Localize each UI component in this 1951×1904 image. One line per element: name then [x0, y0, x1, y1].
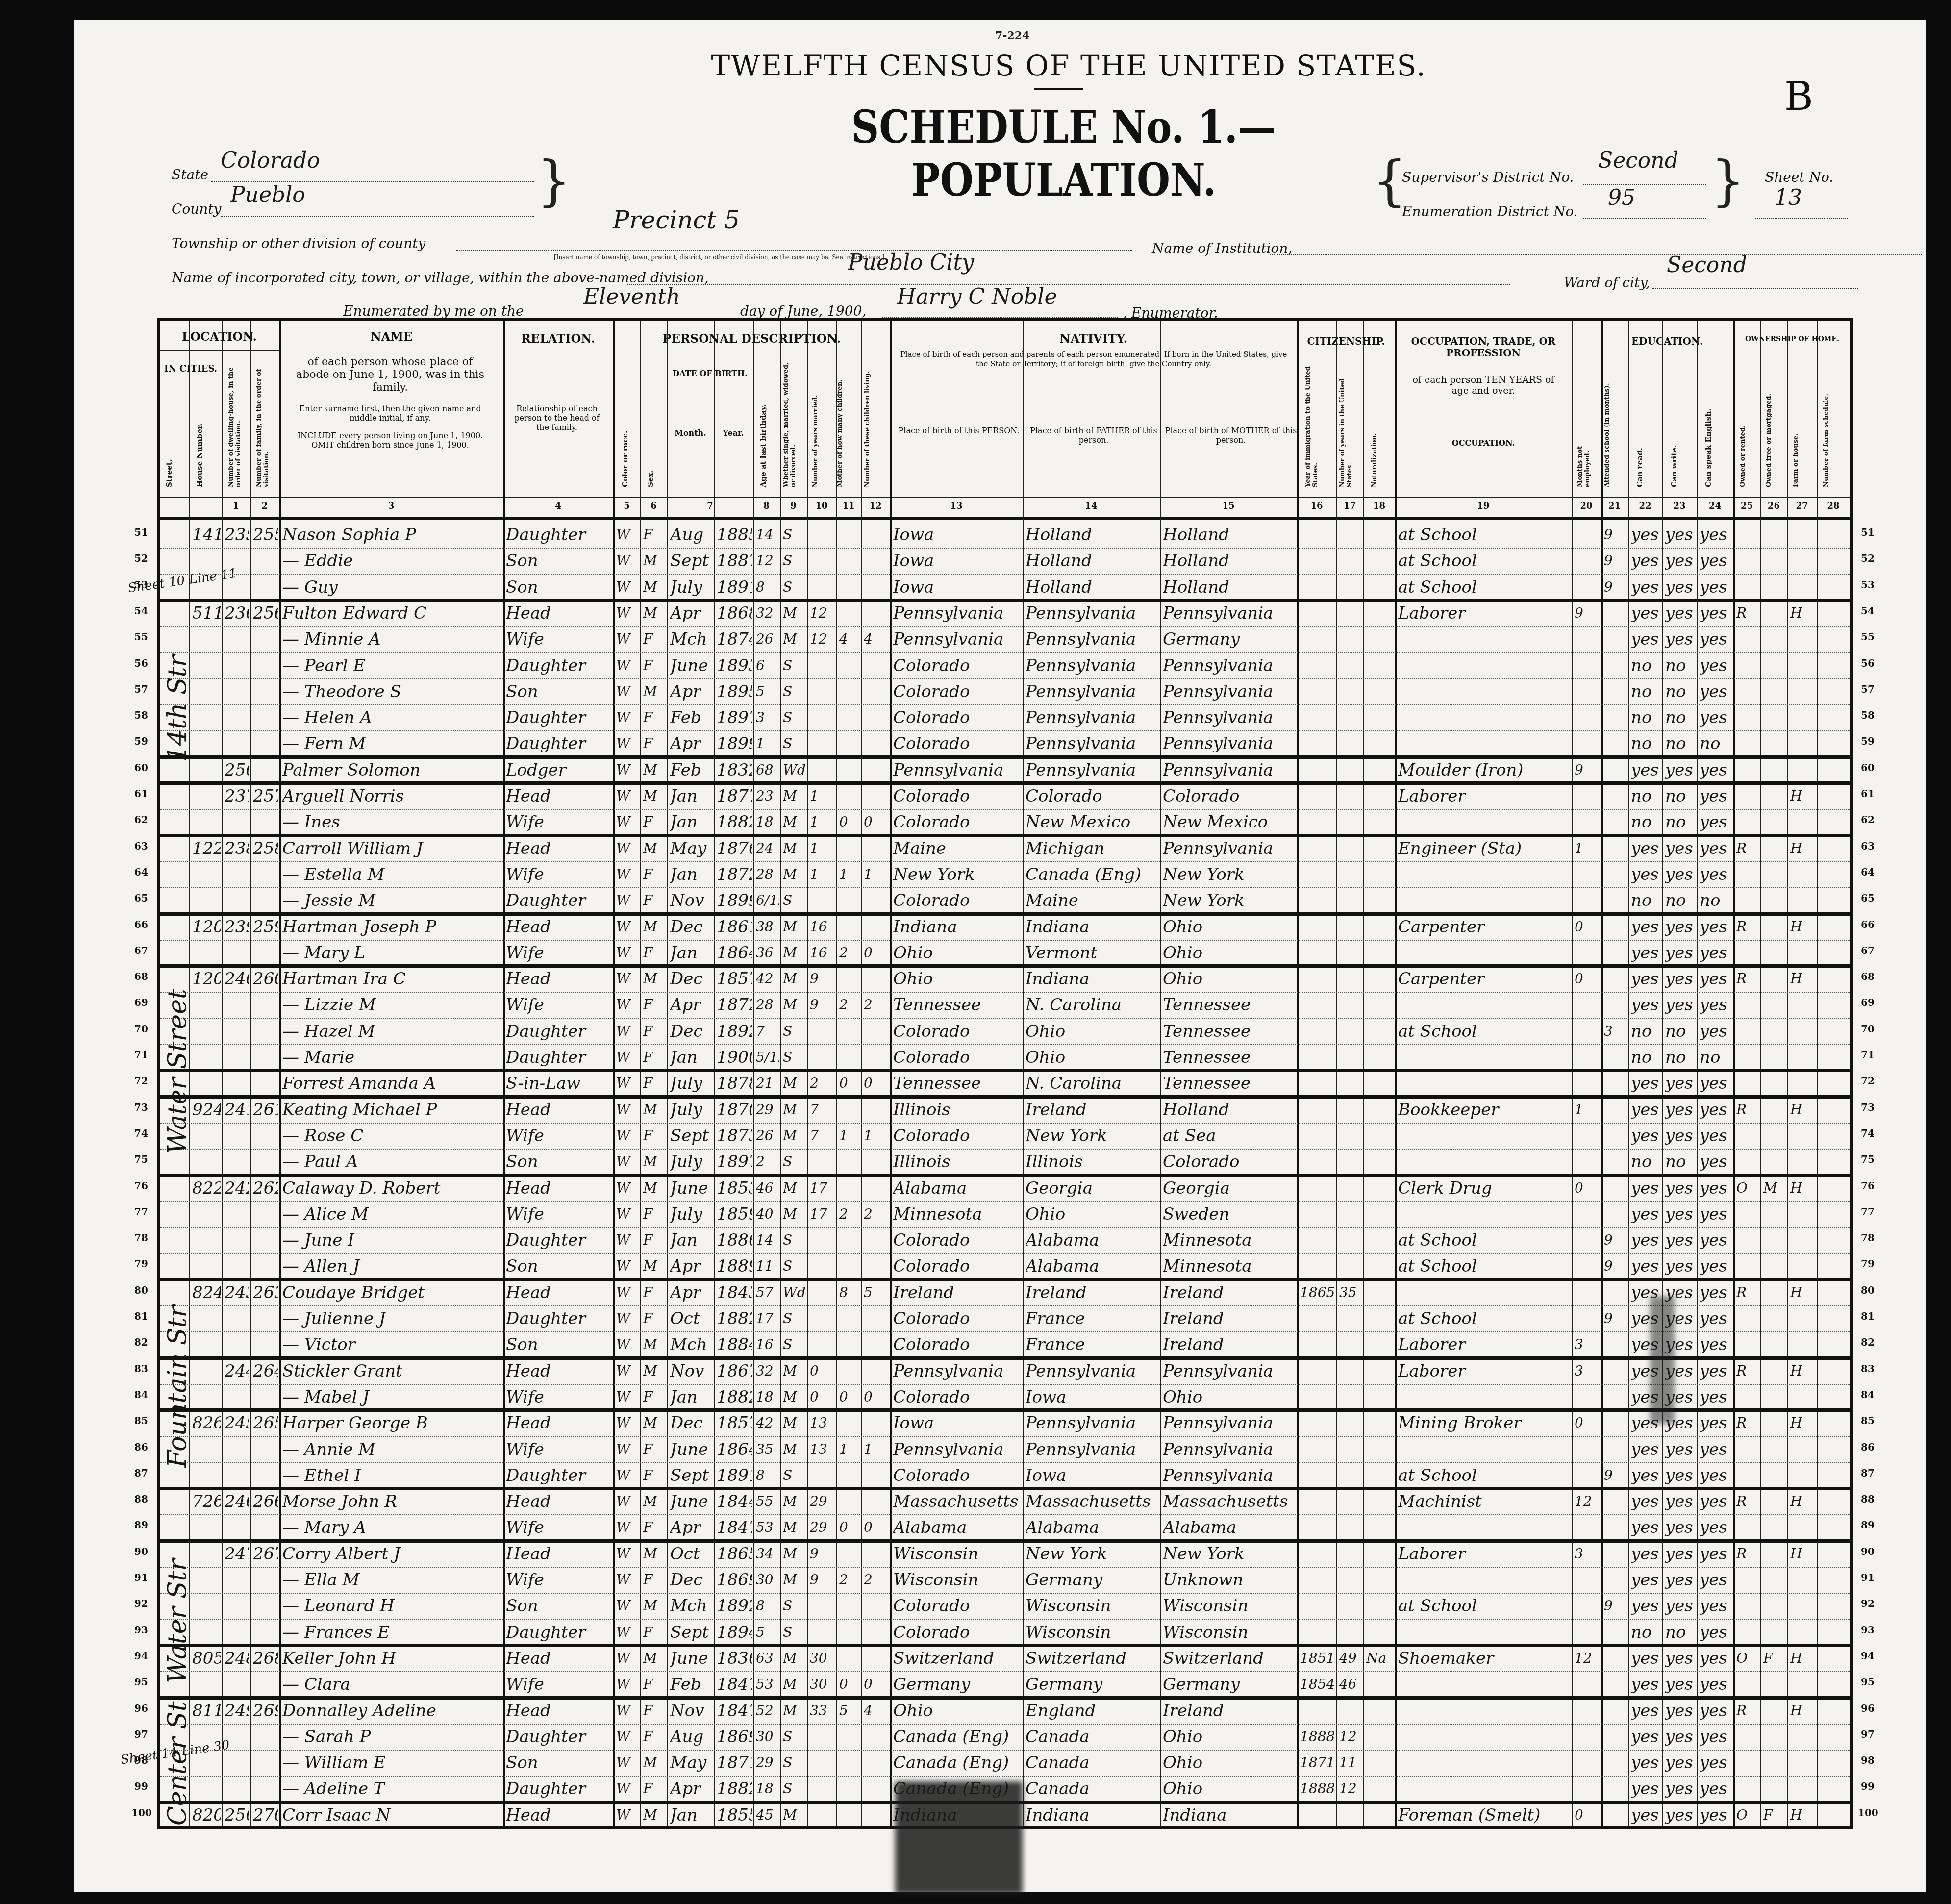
cell-relation: Daughter [506, 1619, 612, 1646]
cell-age: 30 [756, 1567, 779, 1593]
cell-occupation: Shoemaker [1398, 1645, 1571, 1672]
cell-farm: H [1790, 1358, 1816, 1384]
cell-months-unemp: 0 [1575, 914, 1600, 940]
line-number: 81 [131, 1310, 151, 1322]
enumerated-prefix: Enumerated by me on the [343, 303, 524, 319]
cell-read: yes [1631, 1802, 1661, 1829]
cell-birth-mother: Colorado [1163, 783, 1296, 809]
cell-name: Hartman Joseph P [282, 914, 502, 940]
cell-birth-father: Pennsylvania [1026, 600, 1159, 626]
cell-name: Stickler Grant [282, 1358, 502, 1384]
cell-name: Corr Isaac N [282, 1802, 502, 1829]
column-rule [503, 321, 505, 1826]
cell-own: R [1736, 1488, 1759, 1515]
cell-birth-mother: Ohio [1163, 1384, 1296, 1410]
cell-marital: M [783, 835, 806, 862]
cell-year: 1861 [717, 914, 752, 940]
cell-relation: Lodger [506, 757, 612, 783]
cell-write: no [1665, 678, 1696, 705]
cell-sex: F [643, 1724, 666, 1750]
column-number: 17 [1336, 501, 1363, 511]
cell-race: W [616, 1227, 639, 1253]
cell-own: R [1736, 1410, 1759, 1436]
county-line [221, 216, 534, 217]
cell-year: 1859 [717, 1201, 752, 1228]
cell-write: yes [1665, 1802, 1696, 1829]
cell-age: 2 [756, 1149, 779, 1175]
column-rule [753, 321, 754, 1826]
cell-sex: F [643, 1671, 666, 1698]
cell-write: yes [1665, 940, 1696, 966]
cell-race: W [616, 1567, 639, 1593]
cell-occupation: Machinist [1398, 1488, 1571, 1515]
cell-relation: Head [506, 1175, 612, 1202]
brace-sheet: } [1711, 150, 1745, 212]
line-number: 89 [131, 1519, 151, 1531]
cell-occupation: at School [1398, 522, 1571, 548]
cell-children-living: 2 [864, 992, 889, 1018]
cell-occupation: at School [1398, 574, 1571, 601]
cell-relation: Head [506, 1279, 612, 1306]
cell-race: W [616, 1018, 639, 1045]
cell-yrs-us: 12 [1339, 1776, 1362, 1802]
rule-colnum-top [160, 497, 1850, 498]
cell-english: yes [1700, 757, 1732, 783]
line-number: 60 [131, 762, 151, 774]
cell-write: yes [1665, 1593, 1696, 1619]
cell-birth-mother: New Mexico [1163, 809, 1296, 835]
cell-relation: Wife [506, 1514, 612, 1541]
cell-birth-father: Ireland [1026, 1097, 1159, 1123]
cell-birth-father: Massachusetts [1026, 1488, 1159, 1515]
cell-read: yes [1631, 626, 1661, 652]
line-number: 97 [1858, 1729, 1877, 1740]
cell-english: no [1700, 730, 1732, 757]
line-number: 78 [131, 1232, 151, 1244]
cell-own: R [1736, 600, 1759, 626]
line-number: 72 [1858, 1075, 1877, 1087]
cell-name: — Marie [282, 1044, 502, 1071]
cell-race: W [616, 1698, 639, 1724]
cell-children-born: 0 [839, 1514, 860, 1541]
cell-year: 1847 [717, 1514, 752, 1541]
cell-english: yes [1700, 1123, 1732, 1149]
column-number: 18 [1363, 501, 1395, 511]
cell-birth-mother: Ohio [1163, 940, 1296, 966]
cell-yrs-married: 0 [810, 1358, 835, 1384]
cell-english: yes [1700, 1175, 1732, 1202]
cell-year: 1872 [717, 992, 752, 1018]
cell-marital: M [783, 809, 806, 835]
line-number: 64 [1858, 866, 1877, 878]
cell-sex: M [643, 966, 666, 992]
cell-birth-mother: Pennsylvania [1163, 704, 1296, 731]
cell-year: 1865 [717, 1541, 752, 1567]
cell-marital: M [783, 1645, 806, 1672]
cell-month: Jan [670, 1384, 713, 1410]
cell-dwelling: 243 [225, 1279, 249, 1306]
cell-sex: M [643, 548, 666, 574]
cell-relation: S-in-Law [506, 1070, 612, 1097]
cell-birth-mother: Pennsylvania [1163, 600, 1296, 626]
cell-birth-father: Holland [1026, 548, 1159, 574]
cell-month: Apr [670, 992, 713, 1018]
cell-mort: M [1763, 1175, 1786, 1202]
rule [160, 350, 279, 351]
cell-year: 1899 [717, 887, 752, 914]
cell-birth-person: Ireland [893, 1279, 1022, 1306]
cell-birth-person: Indiana [893, 914, 1022, 940]
city-label: Name of incorporated city, town, or vill… [172, 270, 709, 286]
cell-yrs-married: 9 [810, 966, 835, 992]
cell-english: yes [1700, 1776, 1732, 1802]
cell-write: yes [1665, 1123, 1696, 1149]
cell-relation: Daughter [506, 704, 612, 731]
cell-sex: F [643, 1567, 666, 1593]
cell-birth-person: Wisconsin [893, 1567, 1022, 1593]
county-label: County [172, 201, 221, 217]
cell-read: yes [1631, 1175, 1661, 1202]
column-number: 25 [1733, 501, 1760, 511]
cell-read: yes [1631, 1097, 1661, 1123]
cell-own: O [1736, 1175, 1759, 1202]
cell-write: yes [1665, 1645, 1696, 1672]
cell-yrs-married: 30 [810, 1645, 835, 1672]
cell-english: no [1700, 1044, 1732, 1071]
vheader-c24: Can speak English. [1704, 379, 1713, 487]
cell-sex: F [643, 940, 666, 966]
cell-sex: M [643, 1488, 666, 1515]
cell-occupation: at School [1398, 1018, 1571, 1045]
cell-birth-person: Colorado [893, 652, 1022, 679]
cell-relation: Head [506, 1410, 612, 1436]
cell-race: W [616, 1593, 639, 1619]
cell-yrs-married: 2 [810, 1070, 835, 1097]
cell-birth-mother: New York [1163, 1541, 1296, 1567]
cell-sex: M [643, 678, 666, 705]
cell-race: W [616, 966, 639, 992]
cell-sex: F [643, 1123, 666, 1149]
cell-english: yes [1700, 1331, 1732, 1358]
vheader-c20: Months not employed. [1576, 419, 1591, 487]
cell-english: yes [1700, 966, 1732, 992]
cell-write: yes [1665, 522, 1696, 548]
sheet-no-value: 13 [1775, 185, 1802, 210]
cell-sex: F [643, 1619, 666, 1646]
cell-birth-person: Colorado [893, 678, 1022, 705]
cell-year: 1891 [717, 1462, 752, 1489]
cell-race: W [616, 730, 639, 757]
cell-immig: 1854 [1300, 1671, 1335, 1698]
line-number: 69 [1858, 997, 1877, 1008]
cell-birth-mother: Switzerland [1163, 1645, 1296, 1672]
cell-family: 265 [253, 1410, 278, 1436]
cell-month: Sept [670, 1462, 713, 1489]
cell-birth-father: Wisconsin [1026, 1593, 1159, 1619]
cell-dwelling: 247 [225, 1541, 249, 1567]
cell-birth-father: Pennsylvania [1026, 730, 1159, 757]
cell-read: yes [1631, 1645, 1661, 1672]
cell-birth-mother: Sweden [1163, 1201, 1296, 1228]
cell-name: — Ines [282, 809, 502, 835]
cell-birth-person: Iowa [893, 1410, 1022, 1436]
cell-month: Feb [670, 757, 713, 783]
township-label: Township or other division of county [172, 235, 425, 251]
cell-nat: Na [1366, 1645, 1394, 1672]
line-number: 84 [131, 1389, 151, 1401]
column-rule [1697, 321, 1698, 1826]
cell-relation: Head [506, 1645, 612, 1672]
header-relation-desc: Relationship of each person to the head … [508, 404, 606, 432]
cell-relation: Wife [506, 1384, 612, 1410]
cell-birth-person: Iowa [893, 574, 1022, 601]
cell-dwelling: 250 [225, 757, 249, 783]
line-number: 71 [1858, 1049, 1877, 1061]
vheader-street: Street. [165, 389, 174, 487]
cell-sex: M [643, 914, 666, 940]
line-number: 55 [131, 631, 151, 643]
cell-house: 726 [192, 1488, 221, 1515]
cell-birth-mother: Wisconsin [1163, 1619, 1296, 1646]
street-name-1: 14th Str [163, 576, 192, 762]
cell-marital: M [783, 861, 806, 888]
cell-birth-mother: Pennsylvania [1163, 1462, 1296, 1489]
street-name-2: Water Street [163, 811, 192, 1154]
cell-relation: Head [506, 600, 612, 626]
cell-own: R [1736, 1097, 1759, 1123]
cell-birth-person: Illinois [893, 1149, 1022, 1175]
line-number: 74 [131, 1127, 151, 1139]
cell-marital: S [783, 730, 806, 757]
cell-birth-person: Ohio [893, 940, 1022, 966]
cell-birth-father: Pennsylvania [1026, 1436, 1159, 1463]
cell-age: 8 [756, 1462, 779, 1489]
cell-english: yes [1700, 600, 1732, 626]
line-number: 94 [131, 1650, 151, 1662]
cell-name: — Rose C [282, 1123, 502, 1149]
cell-house: 1225 [192, 835, 221, 862]
cell-english: yes [1700, 809, 1732, 835]
cell-farm: H [1790, 1541, 1816, 1567]
cell-relation: Wife [506, 809, 612, 835]
cell-birth-person: Illinois [893, 1097, 1022, 1123]
cell-children-born: 1 [839, 1436, 860, 1463]
cell-sex: M [643, 574, 666, 601]
cell-read: no [1631, 887, 1661, 914]
cell-read: yes [1631, 1462, 1661, 1489]
cell-yrs-us: 12 [1339, 1724, 1362, 1750]
cell-yrs-married: 17 [810, 1201, 835, 1228]
cell-birth-mother: Pennsylvania [1163, 652, 1296, 679]
cell-children-born: 2 [839, 940, 860, 966]
line-number: 98 [1858, 1754, 1877, 1766]
cell-read: yes [1631, 1123, 1661, 1149]
cell-english: yes [1700, 704, 1732, 731]
cell-english: yes [1700, 1279, 1732, 1306]
cell-birth-mother: Ohio [1163, 1724, 1296, 1750]
cell-birth-mother: Massachusetts [1163, 1488, 1296, 1515]
cell-dwelling: 250 [225, 1802, 249, 1829]
cell-relation: Daughter [506, 730, 612, 757]
cell-birth-mother: Germany [1163, 626, 1296, 652]
cell-english: yes [1700, 1462, 1732, 1489]
cell-english: yes [1700, 1358, 1732, 1384]
cell-name: — Mary L [282, 940, 502, 966]
cell-relation: Daughter [506, 1018, 612, 1045]
cell-name: — Frances E [282, 1619, 502, 1646]
cell-relation: Daughter [506, 652, 612, 679]
cell-marital: M [783, 1384, 806, 1410]
cell-month: July [670, 1201, 713, 1228]
cell-own: R [1736, 1279, 1759, 1306]
cell-own: R [1736, 1541, 1759, 1567]
cell-family: 259 [253, 914, 278, 940]
cell-yrs-married: 29 [810, 1514, 835, 1541]
column-rule [861, 321, 862, 1826]
vheader-c16: Year of immigration to the United States… [1304, 365, 1319, 487]
cell-children-living: 1 [864, 1436, 889, 1463]
column-rule [222, 321, 223, 1826]
cell-read: yes [1631, 1593, 1661, 1619]
cell-month: July [670, 1149, 713, 1175]
cell-month: June [670, 1488, 713, 1515]
column-rule [1628, 321, 1629, 1826]
cell-race: W [616, 835, 639, 862]
cell-farm: H [1790, 1175, 1816, 1202]
cell-year: 1857 [717, 966, 752, 992]
cell-birth-person: Colorado [893, 1593, 1022, 1619]
cell-birth-person: Germany [893, 1671, 1022, 1698]
cell-marital: S [783, 1253, 806, 1279]
cell-occupation: Laborer [1398, 783, 1571, 809]
cell-age: 26 [756, 626, 779, 652]
cell-yrs-married: 1 [810, 861, 835, 888]
line-number: 88 [131, 1493, 151, 1505]
cell-occupation: Laborer [1398, 600, 1571, 626]
column-rule [836, 321, 837, 1826]
cell-age: 35 [756, 1436, 779, 1463]
cell-farm: H [1790, 1279, 1816, 1306]
cell-marital: S [783, 1724, 806, 1750]
cell-relation: Wife [506, 861, 612, 888]
county-value: Pueblo [230, 182, 305, 207]
cell-read: no [1631, 783, 1661, 809]
cell-birth-person: Canada (Eng) [893, 1724, 1022, 1750]
line-number: 90 [131, 1546, 151, 1557]
cell-english: yes [1700, 1488, 1732, 1515]
cell-yrs-married: 9 [810, 992, 835, 1018]
ink-smudge [1650, 1296, 1675, 1424]
cell-write: yes [1665, 992, 1696, 1018]
cell-month: Mch [670, 1331, 713, 1358]
line-number: 57 [1858, 683, 1877, 695]
header-birth-father: Place of birth of FATHER of this person. [1027, 426, 1160, 445]
cell-birth-mother: Pennsylvania [1163, 1358, 1296, 1384]
cell-month: Aug [670, 522, 713, 548]
cell-family: 262 [253, 1175, 278, 1202]
cell-birth-person: Colorado [893, 887, 1022, 914]
line-number: 78 [1858, 1232, 1877, 1244]
cell-relation: Son [506, 1253, 612, 1279]
column-number: 12 [861, 501, 890, 511]
cell-farm: H [1790, 783, 1816, 809]
cell-name: Coudaye Bridget [282, 1279, 502, 1306]
cell-birth-father: Indiana [1026, 914, 1159, 940]
cell-write: no [1665, 1044, 1696, 1071]
cell-house: 924 [192, 1097, 221, 1123]
cell-relation: Wife [506, 626, 612, 652]
cell-children-living: 4 [864, 626, 889, 652]
cell-birth-person: Colorado [893, 1123, 1022, 1149]
cell-months-unemp: 3 [1575, 1331, 1600, 1358]
cell-children-living: 2 [864, 1567, 889, 1593]
cell-relation: Son [506, 1149, 612, 1175]
cell-year: 1882 [717, 1305, 752, 1332]
cell-english: yes [1700, 1305, 1732, 1332]
cell-age: 52 [756, 1698, 779, 1724]
cell-name: — Annie M [282, 1436, 502, 1463]
cell-name: — Mary A [282, 1514, 502, 1541]
cell-dwelling: 239 [225, 914, 249, 940]
cell-marital: M [783, 940, 806, 966]
line-number: 97 [131, 1729, 151, 1740]
cell-race: W [616, 652, 639, 679]
cell-age: 21 [756, 1070, 779, 1097]
cell-month: Apr [670, 730, 713, 757]
cell-sex: M [643, 1331, 666, 1358]
cell-month: Apr [670, 1253, 713, 1279]
column-rule [807, 321, 808, 1826]
cell-name: — Mabel J [282, 1384, 502, 1410]
cell-age: 55 [756, 1488, 779, 1515]
line-number: 92 [1858, 1598, 1877, 1609]
line-number: 71 [131, 1049, 151, 1061]
cell-english: yes [1700, 861, 1732, 888]
cell-age: 32 [756, 1358, 779, 1384]
cell-birth-mother: Ohio [1163, 1776, 1296, 1802]
column-rule [279, 321, 281, 1826]
cell-marital: S [783, 1018, 806, 1045]
cell-read: yes [1631, 835, 1661, 862]
cell-farm: H [1790, 914, 1816, 940]
cell-age: 68 [756, 757, 779, 783]
cell-marital: S [783, 704, 806, 731]
line-number: 87 [1858, 1467, 1877, 1479]
cell-read: no [1631, 730, 1661, 757]
line-number: 99 [1858, 1780, 1877, 1792]
cell-months-unemp: 0 [1575, 1410, 1600, 1436]
cell-read: no [1631, 1619, 1661, 1646]
cell-year: 1878 [717, 1070, 752, 1097]
cell-marital: S [783, 652, 806, 679]
cell-months-unemp: 12 [1575, 1488, 1600, 1515]
line-number: 99 [131, 1780, 151, 1792]
cell-occupation: Laborer [1398, 1331, 1571, 1358]
cell-family: 269 [253, 1698, 278, 1724]
cell-relation: Wife [506, 992, 612, 1018]
cell-write: yes [1665, 1175, 1696, 1202]
header-nativity: NATIVITY. [890, 331, 1297, 346]
cell-dwelling: 238 [225, 835, 249, 862]
cell-read: yes [1631, 1750, 1661, 1776]
cell-children-living: 0 [864, 809, 889, 835]
cell-year: 1892 [717, 1593, 752, 1619]
line-number: 70 [131, 1023, 151, 1035]
cell-birth-person: Pennsylvania [893, 1358, 1022, 1384]
line-number: 90 [1858, 1546, 1877, 1557]
cell-farm: H [1790, 1698, 1816, 1724]
cell-own: R [1736, 914, 1759, 940]
